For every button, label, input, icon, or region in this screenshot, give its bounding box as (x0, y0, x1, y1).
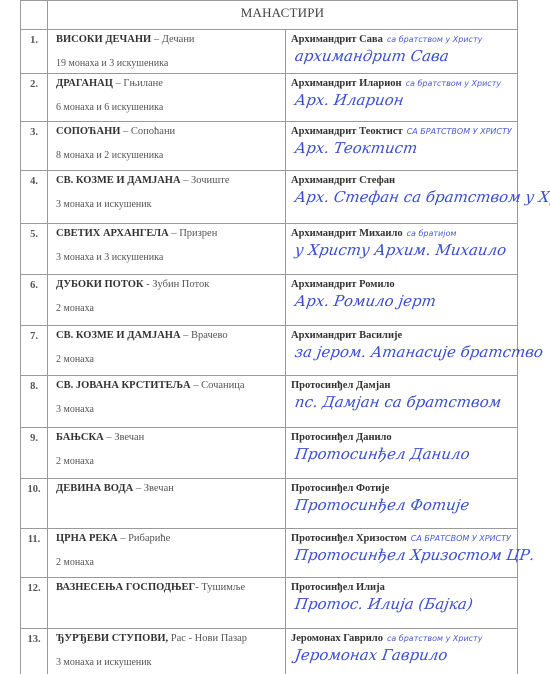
abbot-name: Архимандрит Василије (291, 330, 402, 341)
monk-count: 2 монаха (56, 557, 285, 568)
monastery-cell: ЦРНА РЕКА – Рибариће 2 монаха (48, 529, 286, 578)
table-row: 9. БАЊСКА – Звечан 2 монаха Протосинђел … (21, 428, 518, 479)
abbot-name: Протосинђел Дамјан (291, 380, 390, 391)
signature-cell: Архимандрит Саваса братством у Христу ар… (286, 30, 518, 74)
row-number: 3. (21, 122, 48, 171)
monastery-separator: – (118, 533, 129, 544)
monastery-location: Сочаница (201, 380, 244, 391)
monastery-separator: – (120, 126, 131, 137)
monastery-cell: ДУБОКИ ПОТОК - Зубин Поток 2 монаха (48, 275, 286, 326)
monk-count: 19 монаха и 3 искушеника (56, 58, 285, 69)
row-number: 7. (21, 326, 48, 376)
monk-count: 8 монаха и 2 искушеника (56, 150, 285, 161)
table-row: 3. СОПОЋАНИ – Сопоћани 8 монаха и 2 иску… (21, 122, 518, 171)
monastery-cell: ВАЗНЕСЕЊА ГОСПОДЊЕГ- Тушимље (48, 578, 286, 629)
row-number: 1. (21, 30, 48, 74)
table-row: 13. ЂУРЂЕВИ СТУПОВИ, Рас - Нови Пазар 3 … (21, 629, 518, 674)
abbot-name: Протосинђел Фотије (291, 483, 389, 494)
monk-count: 6 монаха и 6 искушеника (56, 102, 285, 113)
table-row: 4. СВ. КОЗМЕ И ДАМЈАНА – Зочиште 3 монах… (21, 171, 518, 224)
handwritten-signature: Протосинђел Хризостом ЦР. (294, 546, 519, 564)
monk-count: 3 монаха и 3 искушеника (56, 252, 285, 263)
signature-cell: Протосинђел ХризостомСА БРАТСВОМ У ХРИСТ… (286, 529, 518, 578)
monastery-location: Зубин Поток (152, 279, 209, 290)
monastery-name: СВ. КОЗМЕ И ДАМЈАНА (56, 330, 181, 341)
monastery-name: ДУБОКИ ПОТОК (56, 279, 143, 290)
monastery-name: ЦРНА РЕКА (56, 533, 118, 544)
signature-cell: Архимандрит Стефан Арх. Стефан са братст… (286, 171, 518, 224)
header-blank-cell (21, 1, 48, 30)
row-number: 12. (21, 578, 48, 629)
table-row: 2. ДРАГАНАЦ – Гњилане 6 монаха и 6 искуш… (21, 74, 518, 122)
monastery-location: Звечан (144, 483, 174, 494)
monastery-location: Дечани (162, 34, 195, 45)
monastery-location: Зочиште (191, 175, 229, 186)
table-header-row: МАНАСТИРИ (21, 1, 518, 30)
monastery-cell: БАЊСКА – Звечан 2 монаха (48, 428, 286, 479)
signature-cell: Архимандрит Ромило Арх. Ромило јерт (286, 275, 518, 326)
handwritten-note: са братством у Христу (387, 634, 483, 643)
table-row: 1. ВИСОКИ ДЕЧАНИ – Дечани 19 монаха и 3 … (21, 30, 518, 74)
monastery-cell: СОПОЋАНИ – Сопоћани 8 монаха и 2 искушен… (48, 122, 286, 171)
monastery-location: Рас - Нови Пазар (171, 633, 247, 644)
abbot-name: Архимандрит Теоктист (291, 126, 403, 137)
handwritten-signature: Протосинђел Фотије (294, 496, 519, 514)
monastery-name: СВ. КОЗМЕ И ДАМЈАНА (56, 175, 181, 186)
row-number: 4. (21, 171, 48, 224)
abbot-name: Протосинђел Илија (291, 582, 385, 593)
monastery-cell: СВ. КОЗМЕ И ДАМЈАНА – Врачево 2 монаха (48, 326, 286, 376)
abbot-name: Јеромонах Гаврило (291, 633, 383, 644)
monastery-location: Гњилане (123, 78, 162, 89)
monastery-separator: – (133, 483, 144, 494)
abbot-name: Протосинђел Хризостом (291, 533, 407, 544)
table-row: 10. ДЕВИНА ВОДА – Звечан Протосинђел Фот… (21, 479, 518, 529)
signature-cell: Архимандрит Иларионса братством у Христу… (286, 74, 518, 122)
handwritten-signature: за јером. Атанасије братство (294, 343, 519, 361)
signature-cell: Протосинђел Дамјан пс. Дамјан са братств… (286, 376, 518, 428)
monastery-location: Врачево (191, 330, 228, 341)
table-row: 12. ВАЗНЕСЕЊА ГОСПОДЊЕГ- Тушимље Протоси… (21, 578, 518, 629)
monastery-cell: СВ. КОЗМЕ И ДАМЈАНА – Зочиште 3 монаха и… (48, 171, 286, 224)
handwritten-signature: у Христу Архим. Михаило (294, 241, 519, 259)
monastery-separator: – (191, 380, 202, 391)
abbot-name: Архимандрит Михаило (291, 228, 403, 239)
table-row: 8. СВ. ЈОВАНА КРСТИТЕЉА – Сочаница 3 мон… (21, 376, 518, 428)
monk-count: 2 монаха (56, 303, 285, 314)
monastery-name: БАЊСКА (56, 432, 104, 443)
table-row: 6. ДУБОКИ ПОТОК - Зубин Поток 2 монаха А… (21, 275, 518, 326)
handwritten-signature: Арх. Ромило јерт (294, 292, 519, 310)
handwritten-signature: Арх. Стефан са братством у Христу (294, 188, 519, 206)
monastery-location: Рибариће (128, 533, 170, 544)
signature-cell: Архимандрит ТеоктистСА БРАТСТВОМ У ХРИСТ… (286, 122, 518, 171)
monastery-name: ДЕВИНА ВОДА (56, 483, 133, 494)
monastery-location: Звечан (114, 432, 144, 443)
monastery-cell: ЂУРЂЕВИ СТУПОВИ, Рас - Нови Пазар 3 мона… (48, 629, 286, 674)
monastery-separator: - (143, 279, 152, 290)
monastery-separator: – (181, 175, 192, 186)
row-number: 10. (21, 479, 48, 529)
monastery-cell: ДРАГАНАЦ – Гњилане 6 монаха и 6 искушени… (48, 74, 286, 122)
abbot-name: Протосинђел Данило (291, 432, 392, 443)
monk-count: 3 монаха и искушеник (56, 199, 285, 210)
handwritten-note: са братством у Христу (406, 79, 502, 88)
signature-cell: Протосинђел Данило Протосинђел Данило (286, 428, 518, 479)
table-title: МАНАСТИРИ (48, 1, 518, 30)
monastery-separator: – (169, 228, 180, 239)
monastery-name: ДРАГАНАЦ (56, 78, 113, 89)
abbot-name: Архимандрит Иларион (291, 78, 402, 89)
monastery-separator: – (181, 330, 192, 341)
monastery-cell: СВ. ЈОВАНА КРСТИТЕЉА – Сочаница 3 монаха (48, 376, 286, 428)
monk-count: 2 монаха (56, 354, 285, 365)
handwritten-signature: Јеромонах Гаврило (294, 646, 519, 664)
signature-cell: Протосинђел Фотије Протосинђел Фотије (286, 479, 518, 529)
handwritten-note: СА БРАТСВОМ У ХРИСТУ (411, 534, 511, 543)
row-number: 6. (21, 275, 48, 326)
monastery-name: СВ. ЈОВАНА КРСТИТЕЉА (56, 380, 191, 391)
signature-cell: Протосинђел Илија Протос. Илија (Бајка) (286, 578, 518, 629)
row-number: 11. (21, 529, 48, 578)
monastery-name: ЂУРЂЕВИ СТУПОВИ, (56, 633, 168, 644)
monastery-separator: – (113, 78, 124, 89)
table-row: 7. СВ. КОЗМЕ И ДАМЈАНА – Врачево 2 монах… (21, 326, 518, 376)
table-row: 11. ЦРНА РЕКА – Рибариће 2 монаха Протос… (21, 529, 518, 578)
monastery-location: Призрен (179, 228, 217, 239)
signature-cell: Архимандрит Михаилоса братијом у Христу … (286, 224, 518, 275)
monk-count: 3 монаха и искушеник (56, 657, 285, 668)
handwritten-signature: Протос. Илија (Бајка) (294, 595, 519, 613)
handwritten-signature: Протосинђел Данило (294, 445, 519, 463)
signature-cell: Архимандрит Василије за јером. Атанасије… (286, 326, 518, 376)
monastery-name: ВИСОКИ ДЕЧАНИ (56, 34, 151, 45)
monastery-cell: ВИСОКИ ДЕЧАНИ – Дечани 19 монаха и 3 иск… (48, 30, 286, 74)
signature-cell: Јеромонах Гаврилоса братством у Христу Ј… (286, 629, 518, 674)
monk-count: 2 монаха (56, 456, 285, 467)
row-number: 5. (21, 224, 48, 275)
monastery-separator: – (104, 432, 115, 443)
handwritten-note: са братством у Христу (387, 35, 483, 44)
handwritten-note: СА БРАТСТВОМ У ХРИСТУ (407, 127, 512, 136)
monk-count: 3 монаха (56, 404, 285, 415)
handwritten-signature: Арх. Теоктист (294, 139, 519, 157)
table-row: 5. СВЕТИХ АРХАНГЕЛА – Призрен 3 монаха и… (21, 224, 518, 275)
row-number: 2. (21, 74, 48, 122)
abbot-name: Архимандрит Сава (291, 34, 383, 45)
handwritten-note: са братијом (407, 229, 457, 238)
monastery-cell: ДЕВИНА ВОДА – Звечан (48, 479, 286, 529)
monastery-location: Тушимље (201, 582, 245, 593)
row-number: 13. (21, 629, 48, 674)
abbot-name: Архимандрит Стефан (291, 175, 395, 186)
handwritten-signature: пс. Дамјан са братством (294, 393, 519, 411)
monastery-name: СОПОЋАНИ (56, 126, 120, 137)
monastery-location: Сопоћани (131, 126, 175, 137)
monastery-name: ВАЗНЕСЕЊА ГОСПОДЊЕГ (56, 582, 195, 593)
monastery-separator: – (151, 34, 162, 45)
handwritten-signature: Арх. Иларион (294, 91, 519, 109)
abbot-name: Архимандрит Ромило (291, 279, 395, 290)
monastery-cell: СВЕТИХ АРХАНГЕЛА – Призрен 3 монаха и 3 … (48, 224, 286, 275)
row-number: 8. (21, 376, 48, 428)
handwritten-signature: архимандрит Сава (294, 47, 519, 65)
monastery-name: СВЕТИХ АРХАНГЕЛА (56, 228, 169, 239)
row-number: 9. (21, 428, 48, 479)
monasteries-table: МАНАСТИРИ 1. ВИСОКИ ДЕЧАНИ – Дечани 19 м… (20, 0, 518, 674)
